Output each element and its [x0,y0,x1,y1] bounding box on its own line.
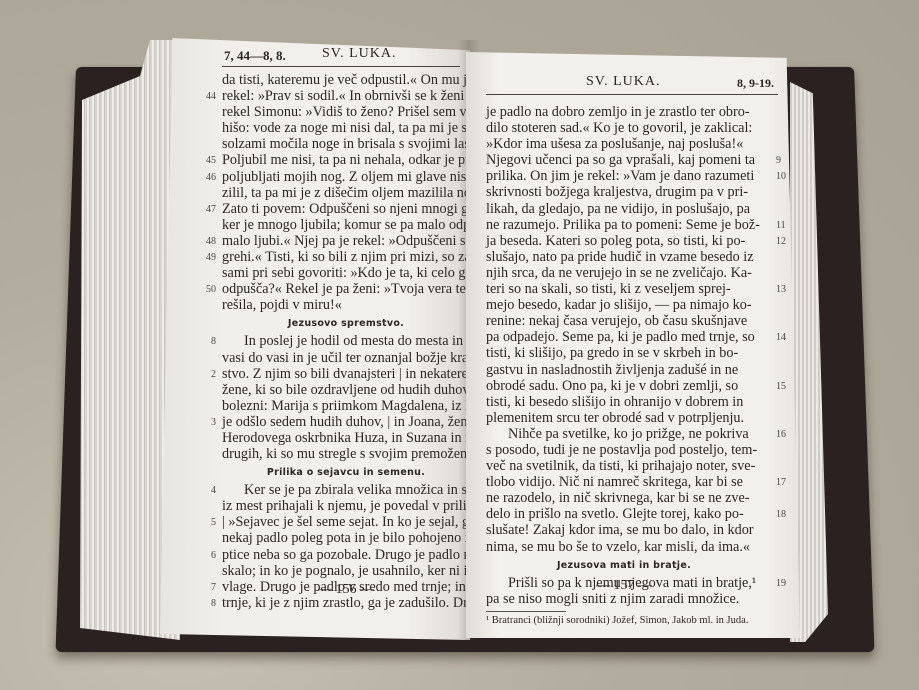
line-text: gastvu in nasladnostih življenja zadušé … [486,362,738,378]
line-text: ne razumejo. Prilika pa to pomeni: Seme … [486,217,760,233]
text-line: 50odpušča?« Rekel je pa ženi: »Tvoja ver… [222,281,470,297]
page-number: — 157 — [486,578,762,594]
line-text: plemenitem srcu ter obrodé sad v potrplj… [486,410,744,426]
text-line: vasi do vasi in je učil ter oznanjal bož… [222,350,470,366]
right-running-head: SV. LUKA. 8, 9-19. [486,74,778,95]
line-text: tisti, ki besedo slišijo in ohranijo v d… [486,394,743,410]
text-line: slušate! Zakaj kdor ima, se mu bo dalo, … [486,522,762,538]
verse-number: 8 [196,596,216,612]
book-title: SV. LUKA. [586,74,660,90]
line-text: Ker se je pa zbirala velika množica in s… [244,482,470,498]
text-line: drugih, ki so mu stregle s svojim premož… [222,446,470,462]
verse-number: 46 [196,170,216,186]
verse-number: 19 [776,576,786,592]
text-line: rekel Simonu: »Vidiš to ženo? Prišel sem… [222,104,470,120]
line-text: odpušča?« Rekel je pa ženi: »Tvoja vera … [222,281,470,297]
line-text: zilil, ta pa mi je z dišečim oljem mazil… [222,185,470,201]
text-line: tisti, ki besedo slišijo in ohranijo v d… [486,394,762,410]
text-line: iz mest prihajali k njemu, je povedal v … [222,498,470,514]
text-line: je padlo na dobro zemljo in je zrastlo t… [486,104,762,120]
text-line: žene, ki so bile ozdravljene od hudih du… [222,382,470,398]
verse-number: 18 [776,507,786,523]
line-text: Nihče pa svetilke, ko jo prižge, ne pokr… [508,426,749,442]
footnote: ¹ Bratranci (bližnji sorodniki) Jožef, S… [486,614,762,627]
verse-number: 9 [776,153,781,169]
line-text: grehi.« Tisti, ki so bili z njim pri miz… [222,249,470,265]
right-page: SV. LUKA. 8, 9-19. je padlo na dobro zem… [466,52,800,638]
text-line: plemenitem srcu ter obrodé sad v potrplj… [486,410,762,426]
text-line: 18delo in prišlo na svetlo. Glejte torej… [486,506,762,522]
text-line: »Kdor ima ušesa za poslušanje, naj poslu… [486,136,762,152]
text-line: njih srca, da ne verujejo in se ne zveli… [486,265,762,281]
text-line: 15obrodé sadu. Ono pa, ki je v dobri zem… [486,378,762,394]
text-line: 11ne razumejo. Prilika pa to pomeni: Sem… [486,217,762,233]
text-line: 14pa odpadejo. Seme pa, ki je padlo med … [486,329,762,345]
line-text: »Kdor ima ušesa za poslušanje, naj poslu… [486,136,743,152]
text-line: 49grehi.« Tisti, ki so bili z njim pri m… [222,249,470,265]
line-text: stvo. Z njim so bili dvanajsteri | in ne… [222,366,468,382]
verse-number: 2 [196,367,216,383]
line-text: solzami močila noge in brisala s svojimi… [222,136,470,152]
line-text: tisti, ki slišijo, pa gredo in se v skrb… [486,345,738,361]
line-text: Poljubil me nisi, ta pa ni nehala, odkar… [222,152,470,168]
verse-number: 7 [196,580,216,596]
line-text: nima, se mu bo še to vzelo, kar misli, d… [486,539,750,555]
text-line: renine: nekaj časa verujejo, ob času sku… [486,313,762,329]
text-line: 44rekel: »Prav si sodil.« In obrnivši se… [222,88,470,104]
line-text: pa odpadejo. Seme pa, ki je padlo med tr… [486,329,755,345]
line-text: rešila, pojdi v miru!« [222,297,342,313]
line-text: drugih, ki so mu stregle s svojim premož… [222,446,470,462]
line-text: mejo besedo, kadar jo slišijo, — pa nima… [486,297,752,313]
line-text: renine: nekaj časa verujejo, ob času sku… [486,313,747,329]
verse-number: 50 [196,282,216,298]
section-heading: Jezusova mati in bratje. [486,555,762,575]
line-text: poljubljati mojih nog. Z oljem mi glave … [222,169,470,185]
line-text: Zato ti povem: Odpuščeni so njeni mnogi … [222,201,470,217]
line-text: ker je mnogo ljubila; komur se pa malo o… [222,217,470,233]
line-text: je padlo na dobro zemljo in je zrastlo t… [486,104,750,120]
line-text: ne razodelo, in nič skrivnega, kar bi se… [486,490,750,506]
line-text: hišo: vode za noge mi nisi dal, ta pa mi… [222,120,467,136]
line-text: nekaj padlo poleg pota in je bilo pohoje… [222,530,470,546]
line-text: slušate! Zakaj kdor ima, se mu bo dalo, … [486,522,754,538]
verse-number: 3 [196,415,216,431]
text-line: dilo stoteren sad.« Ko je to govoril, je… [486,120,762,136]
footnote-rule [486,611,566,612]
line-text: sami pri sebi govoriti: »Kdo je ta, ki c… [222,265,470,281]
line-text: malo ljubi.« Njej pa je rekel: »Odpuščen… [222,233,470,249]
line-text: delo in prišlo na svetlo. Glejte torej, … [486,506,744,522]
text-line: rešila, pojdi v miru!« [222,297,470,313]
line-text: rekel Simonu: »Vidiš to ženo? Prišel sem… [222,104,470,120]
line-text: iz mest prihajali k njemu, je povedal v … [222,498,470,514]
text-line: solzami močila noge in brisala s svojimi… [222,136,470,152]
verse-number: 17 [776,475,786,491]
text-line: hišo: vode za noge mi nisi dal, ta pa mi… [222,120,470,136]
verse-number: 12 [776,234,786,250]
text-line: 2stvo. Z njim so bili dvanajsteri | in n… [222,366,470,382]
line-text: In poslej je hodil od mesta do mesta in … [244,333,470,349]
section-heading: Prilika o sejavcu in semenu. [222,462,470,482]
text-line: skrivnosti božjega kraljestva, drugim pa… [486,184,762,200]
verse-number: 4 [196,483,216,499]
line-text: rekel: »Prav si sodil.« In obrnivši se k… [222,88,470,104]
text-line: likah, da gledajo, pa ne vidijo, in posl… [486,201,762,217]
line-text: žene, ki so bile ozdravljene od hudih du… [222,382,470,398]
line-text: | »Sejavec je šel seme sejat. In ko je s… [222,514,470,530]
verse-number: 44 [196,89,216,105]
text-line: nekaj padlo poleg pota in je bilo pohoje… [222,530,470,546]
text-line: nima, se mu bo še to vzelo, kar misli, d… [486,539,762,555]
line-text: s posodo, tudi je ne postavlja pod poste… [486,442,757,458]
text-line: 12ja beseda. Kateri so poleg pota, so ti… [486,233,762,249]
text-line: bolezni: Marija s priimkom Magdalena, iz… [222,398,470,414]
text-line: 47Zato ti povem: Odpuščeni so njeni mnog… [222,201,470,217]
text-line: 46poljubljati mojih nog. Z oljem mi glav… [222,169,470,185]
page-number: — 156 — [222,582,470,598]
left-running-head: 7, 44—8, 8. SV. LUKA. [222,46,460,67]
line-text: Herodovega oskrbnika Huza, in Suzana in … [222,430,470,446]
line-text: Njegovi učenci pa so ga vprašali, kaj po… [486,152,755,168]
line-text: vasi do vasi in je učil ter oznanjal bož… [222,350,470,366]
line-text: obrodé sadu. Ono pa, ki je v dobri zemlj… [486,378,738,394]
line-text: njih srca, da ne verujejo in se ne zveli… [486,265,752,281]
line-text: več na svetilnik, da tisti, ki prihajajo… [486,458,755,474]
line-text: bolezni: Marija s priimkom Magdalena, iz… [222,398,470,414]
section-heading: Jezusovo spremstvo. [222,313,470,333]
text-line: slušajo, nato pa pride hudič in vzame be… [486,249,762,265]
text-line: gastvu in nasladnostih življenja zadušé … [486,362,762,378]
text-line: ne razodelo, in nič skrivnega, kar bi se… [486,490,762,506]
line-text: dilo stoteren sad.« Ko je to govoril, je… [486,120,752,136]
verse-number: 15 [776,379,786,395]
text-line: 45Poljubil me nisi, ta pa ni nehala, odk… [222,152,470,168]
text-line: 4Ker se je pa zbirala velika množica in … [222,482,470,498]
text-line: tisti, ki slišijo, pa gredo in se v skrb… [486,345,762,361]
text-line: 3je odšlo sedem hudih duhov, | in Joana,… [222,414,470,430]
line-text: likah, da gledajo, pa ne vidijo, in posl… [486,201,750,217]
verse-number: 8 [196,334,216,350]
line-text: teri so na skali, so tisti, ki z veselje… [486,281,731,297]
line-text: tlobo vidijo. Nič ni namreč skritega, ka… [486,474,743,490]
text-line: več na svetilnik, da tisti, ki prihajajo… [486,458,762,474]
verse-number: 47 [196,202,216,218]
text-line: mejo besedo, kadar jo slišijo, — pa nima… [486,297,762,313]
verse-number: 5 [196,515,216,531]
right-page-body: je padlo na dobro zemljo in je zrastlo t… [486,104,762,627]
text-line: sami pri sebi govoriti: »Kdo je ta, ki c… [222,265,470,281]
line-text: ptice neba so ga pozobale. Drugo je padl… [222,547,470,563]
photo-scene: 7, 44—8, 8. SV. LUKA. da tisti, kateremu… [0,0,919,690]
text-line: ker je mnogo ljubila; komur se pa malo o… [222,217,470,233]
chapter-verse-ref: 7, 44—8, 8. [224,48,286,64]
line-text: je odšlo sedem hudih duhov, | in Joana, … [222,414,470,430]
text-line: 8In poslej je hodil od mesta do mesta in… [222,333,470,349]
verse-number: 49 [196,250,216,266]
verse-number: 45 [196,153,216,169]
line-text: skrivnosti božjega kraljestva, drugim pa… [486,184,748,200]
line-text: skalo; in ko je pognalo, je usahnilo, ke… [222,563,470,579]
book-title: SV. LUKA. [322,46,396,62]
text-line: 48malo ljubi.« Njej pa je rekel: »Odpušč… [222,233,470,249]
text-line: 9Njegovi učenci pa so ga vprašali, kaj p… [486,152,762,168]
text-line: 17tlobo vidijo. Nič ni namreč skritega, … [486,474,762,490]
verse-number: 48 [196,234,216,250]
verse-number: 14 [776,330,786,346]
line-text: slušajo, nato pa pride hudič in vzame be… [486,249,754,265]
text-line: s posodo, tudi je ne postavlja pod poste… [486,442,762,458]
text-line: 6ptice neba so ga pozobale. Drugo je pad… [222,547,470,563]
left-page-body: da tisti, kateremu je več odpustil.« On … [222,72,470,611]
text-line: zilil, ta pa mi je z dišečim oljem mazil… [222,185,470,201]
text-line: 5| »Sejavec je šel seme sejat. In ko je … [222,514,470,530]
verse-number: 6 [196,548,216,564]
line-text: da tisti, kateremu je več odpustil.« On … [222,72,470,88]
text-line: 13teri so na skali, so tisti, ki z vesel… [486,281,762,297]
line-text: prilika. On jim je rekel: »Vam je dano r… [486,168,754,184]
verse-number: 16 [776,427,786,443]
text-line: skalo; in ko je pognalo, je usahnilo, ke… [222,563,470,579]
text-line: da tisti, kateremu je več odpustil.« On … [222,72,470,88]
text-line: 10prilika. On jim je rekel: »Vam je dano… [486,168,762,184]
text-line: Herodovega oskrbnika Huza, in Suzana in … [222,430,470,446]
verse-number: 10 [776,169,786,185]
verse-number: 13 [776,282,786,298]
chapter-verse-ref: 8, 9-19. [737,76,774,91]
text-line: 16Nihče pa svetilke, ko jo prižge, ne po… [486,426,762,442]
left-page: 7, 44—8, 8. SV. LUKA. da tisti, kateremu… [160,32,470,640]
line-text: ja beseda. Kateri so poleg pota, so tist… [486,233,745,249]
verse-number: 11 [776,218,786,234]
